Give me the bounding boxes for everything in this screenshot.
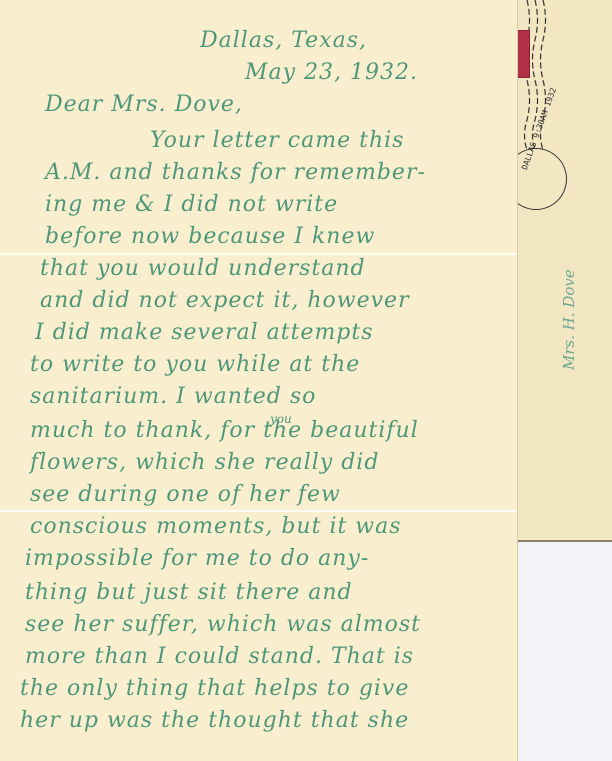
letter-line: the only thing that helps to give	[20, 676, 409, 701]
letter-date: May 23, 1932.	[245, 60, 418, 85]
letter-line: ing me & I did not write	[45, 192, 338, 217]
letter-line: A.M. and thanks for remember-	[45, 160, 426, 185]
letter-line: much to thank, for the beautiful	[30, 418, 419, 443]
letter-line: thing but just sit there and	[25, 580, 353, 605]
letter-line: conscious moments, but it was	[30, 514, 402, 539]
letter-page: Dallas, Texas, May 23, 1932. Dear Mrs. D…	[0, 0, 517, 761]
letter-line: her up was the thought that she	[20, 708, 409, 733]
letter-line: see her suffer, which was almost	[25, 612, 421, 637]
letter-line: impossible for me to do any-	[25, 546, 369, 571]
letter-line: see during one of her few	[30, 482, 341, 507]
letter-line: to write to you while at the	[30, 352, 360, 377]
letter-line: I did make several attempts	[35, 320, 374, 345]
letter-line: and did not expect it, however	[40, 288, 410, 313]
fold-crease	[0, 253, 517, 255]
letter-line: flowers, which she really did	[30, 450, 379, 475]
letter-place: Dallas, Texas,	[200, 28, 367, 53]
letter-line: that you would understand	[40, 256, 366, 281]
envelope-addressee: Mrs. H. Dove	[560, 269, 578, 370]
letter-line: more than I could stand. That is	[25, 644, 414, 669]
letter-line: sanitarium. I wanted so	[30, 384, 316, 409]
fold-crease	[0, 510, 517, 512]
letter-salutation: Dear Mrs. Dove,	[45, 92, 243, 117]
letter-line: before now because I knew	[45, 224, 375, 249]
letter-line: Your letter came this	[150, 128, 404, 153]
